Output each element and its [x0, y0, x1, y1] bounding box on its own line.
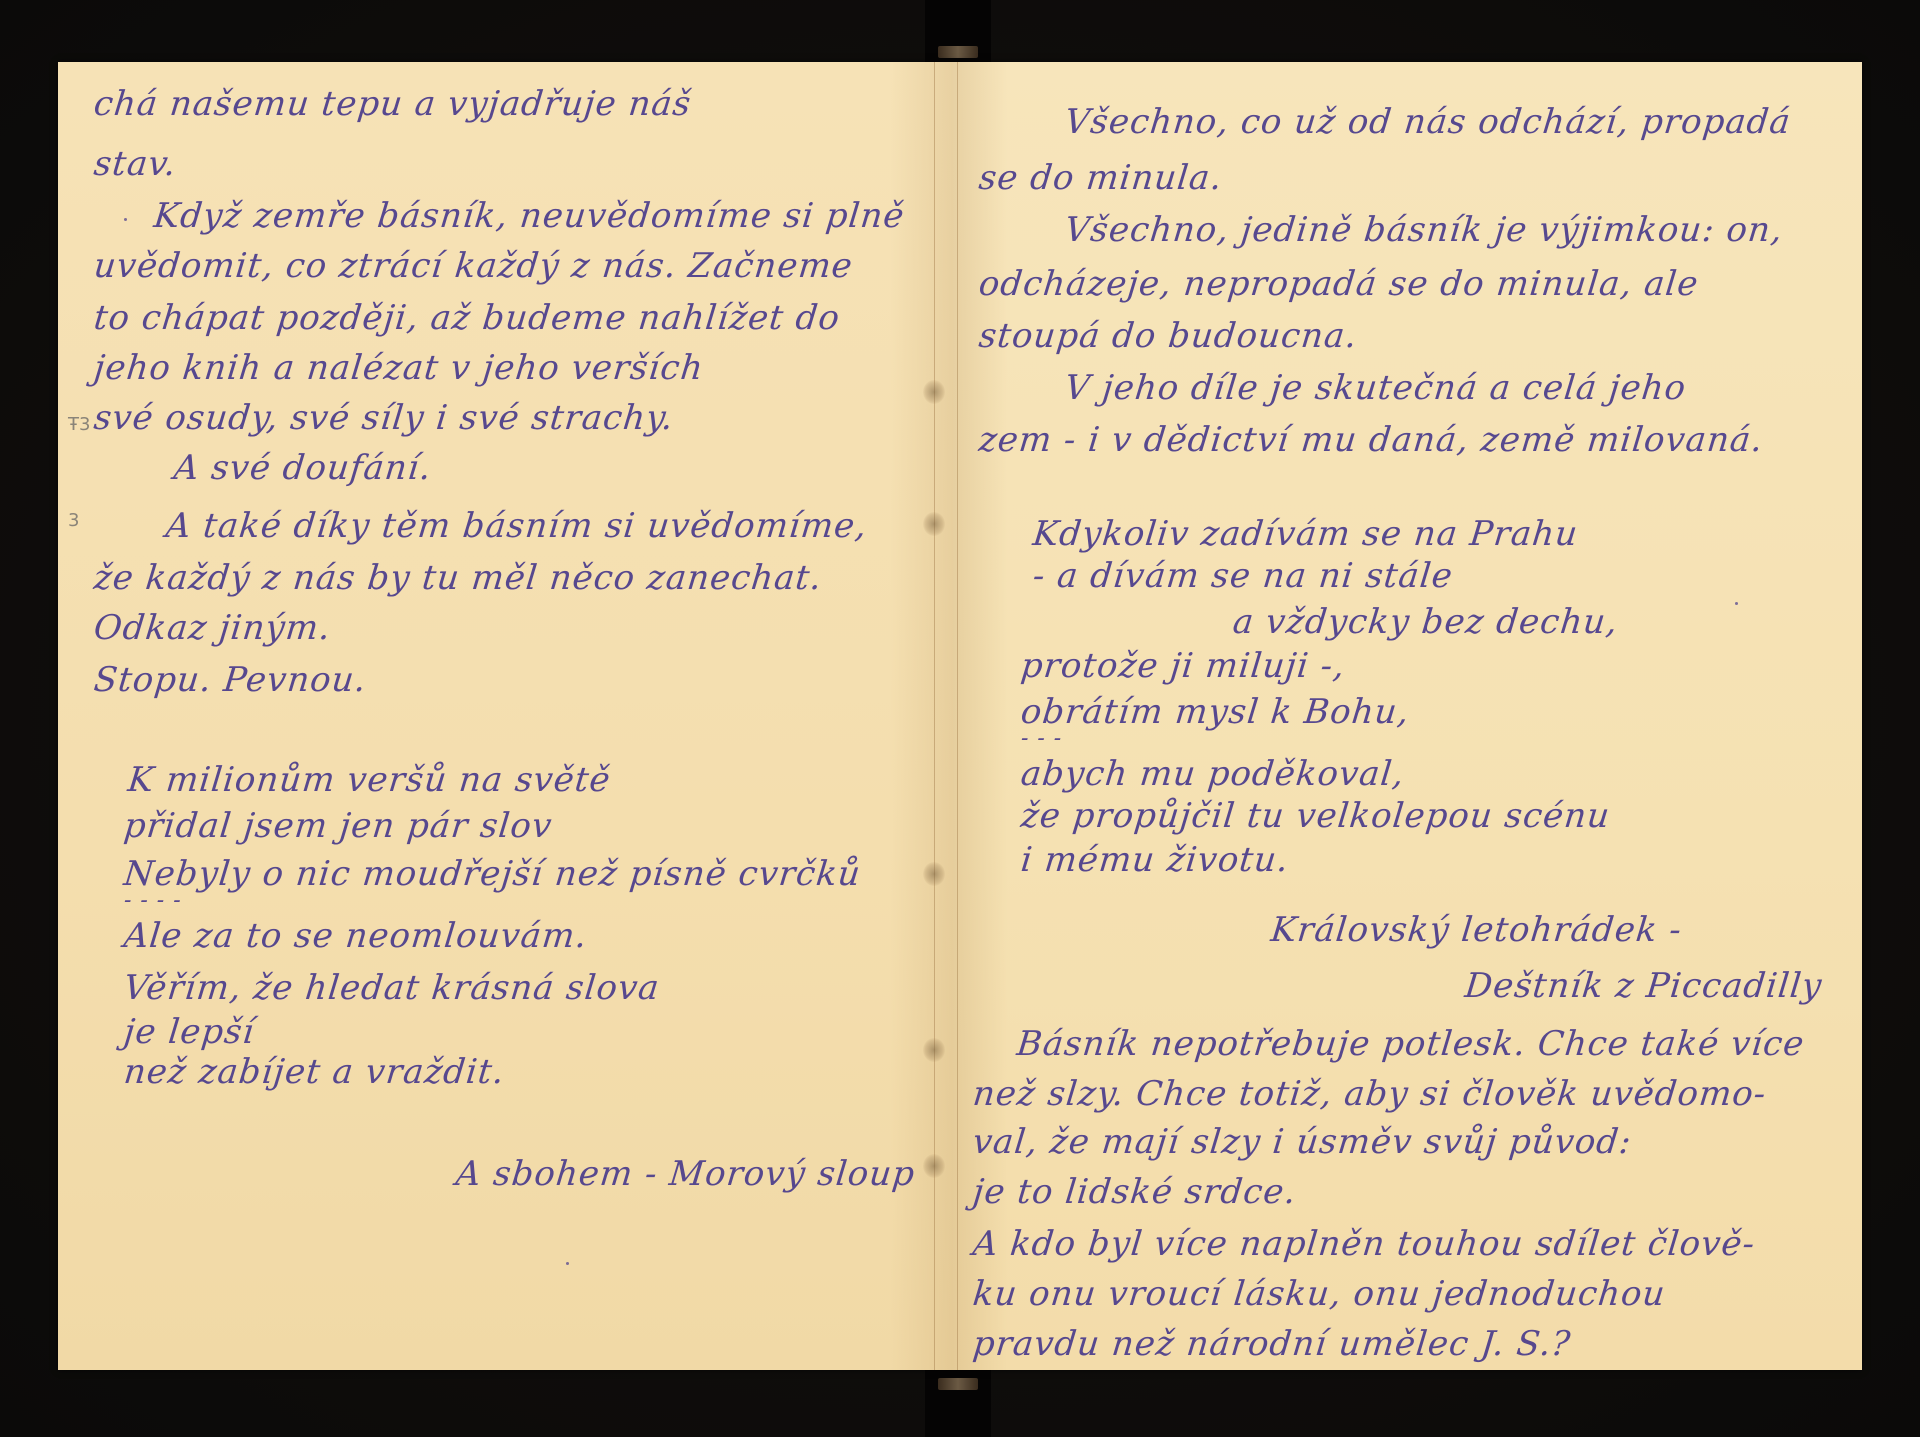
margin-mark: Ŧ3 — [68, 414, 90, 435]
handwritten-line: své osudy, své síly i své strachy. — [92, 398, 676, 438]
section-signature: A sbohem - Morový sloup — [454, 1154, 917, 1194]
handwritten-line: uvědomit, co ztrácí každý z nás. Začneme — [92, 246, 855, 286]
poem-line: obrátím mysl k Bohu, — [1019, 692, 1412, 732]
open-notebook: Ŧ3 3 chá našemu tepu a vyjadřuje náš sta… — [58, 62, 1862, 1370]
poem-ellipsis: - - - - — [123, 888, 183, 913]
ink-speck — [566, 1262, 569, 1265]
handwritten-line: pravdu než národní umělec J. S.? — [971, 1324, 1573, 1364]
stitch-hole — [923, 1154, 945, 1178]
poem-line: je lepší — [122, 1012, 257, 1052]
poem-line: Nebyly o nic moudřejší než písně cvrčků — [122, 854, 863, 894]
margin-mark: 3 — [68, 510, 79, 531]
poem-line: - a dívám se na ni stále — [1031, 556, 1455, 596]
handwritten-line: to chápat později, až budeme nahlížet do — [92, 298, 842, 338]
left-page: Ŧ3 3 chá našemu tepu a vyjadřuje náš sta… — [58, 62, 953, 1370]
handwritten-line: odcházeje, nepropadá se do minula, ale — [977, 264, 1701, 304]
poem-line: než zabíjet a vraždit. — [122, 1052, 507, 1092]
handwritten-line: zem - i v dědictví mu daná, země milovan… — [977, 420, 1765, 460]
section-signature: Deštník z Piccadilly — [1463, 966, 1824, 1006]
handwritten-line: Básník nepotřebuje potlesk. Chce také ví… — [1015, 1024, 1807, 1064]
handwritten-line: Když zemře básník, neuvědomíme si plně — [152, 196, 907, 236]
handwritten-line: chá našemu tepu a vyjadřuje náš — [92, 84, 693, 124]
poem-line: abych mu poděkoval, — [1019, 754, 1407, 794]
poem-line: a vždycky bez dechu, — [1231, 602, 1620, 642]
handwritten-line: Stopu. Pevnou. — [92, 660, 369, 700]
handwritten-line: stoupá do budoucna. — [977, 316, 1359, 356]
stitch-hole — [923, 1038, 945, 1062]
handwritten-line: V jeho díle je skutečná a celá jeho — [1063, 368, 1688, 408]
handwritten-line: stav. — [92, 144, 179, 184]
scanned-notebook-spread: Ŧ3 3 chá našemu tepu a vyjadřuje náš sta… — [0, 0, 1920, 1437]
poem-line: protože ji miluji -, — [1019, 646, 1347, 686]
stitch-hole — [923, 862, 945, 886]
ink-speck — [1735, 602, 1738, 605]
poem-line: i mému životu. — [1019, 840, 1291, 880]
handwritten-line: že každý z nás by tu měl něco zanechat. — [92, 558, 824, 598]
poem-line: Ale za to se neomlouvám. — [122, 916, 589, 956]
handwritten-line: val, že mají slzy i úsměv svůj původ: — [971, 1122, 1634, 1162]
poem-line: K milionům veršů na světě — [126, 760, 613, 800]
handwritten-line: se do minula. — [977, 158, 1224, 198]
handwritten-line: A kdo byl více naplněn touhou sdílet člo… — [971, 1224, 1757, 1264]
poem-line: Věřím, že hledat krásná slova — [122, 968, 662, 1008]
gutter-thread-line — [957, 62, 958, 1370]
handwritten-line: jeho knih a nalézat v jeho verších — [92, 348, 706, 388]
handwritten-line: ku onu vroucí lásku, onu jednoduchou — [971, 1274, 1668, 1314]
handwritten-line: A také díky těm básním si uvědomíme, — [164, 506, 869, 546]
handwritten-line: Všechno, jedině básník je výjimkou: on, — [1063, 210, 1785, 250]
handwritten-line: je to lidské srdce. — [971, 1172, 1299, 1212]
spine-tab-top — [938, 46, 978, 58]
ink-speck — [124, 218, 127, 221]
stitch-hole — [923, 380, 945, 404]
handwritten-line: Všechno, co už od nás odchází, propadá — [1063, 102, 1793, 142]
handwritten-line: A své doufání. — [172, 448, 434, 488]
handwritten-line: Odkaz jiným. — [92, 608, 333, 648]
poem-line: že propůjčil tu velkolepou scénu — [1019, 796, 1612, 836]
poem-line: Kdykoliv zadívám se na Prahu — [1031, 514, 1580, 554]
handwritten-line: než slzy. Chce totiž, aby si člověk uvěd… — [971, 1074, 1769, 1114]
section-signature: Královský letohrádek - — [1269, 910, 1684, 950]
spine-tab-bottom — [938, 1378, 978, 1390]
stitch-hole — [923, 512, 945, 536]
poem-ellipsis: - - - — [1020, 726, 1064, 751]
right-page: Všechno, co už od nás odchází, propadá s… — [953, 62, 1862, 1370]
poem-line: přidal jsem jen pár slov — [122, 806, 554, 846]
